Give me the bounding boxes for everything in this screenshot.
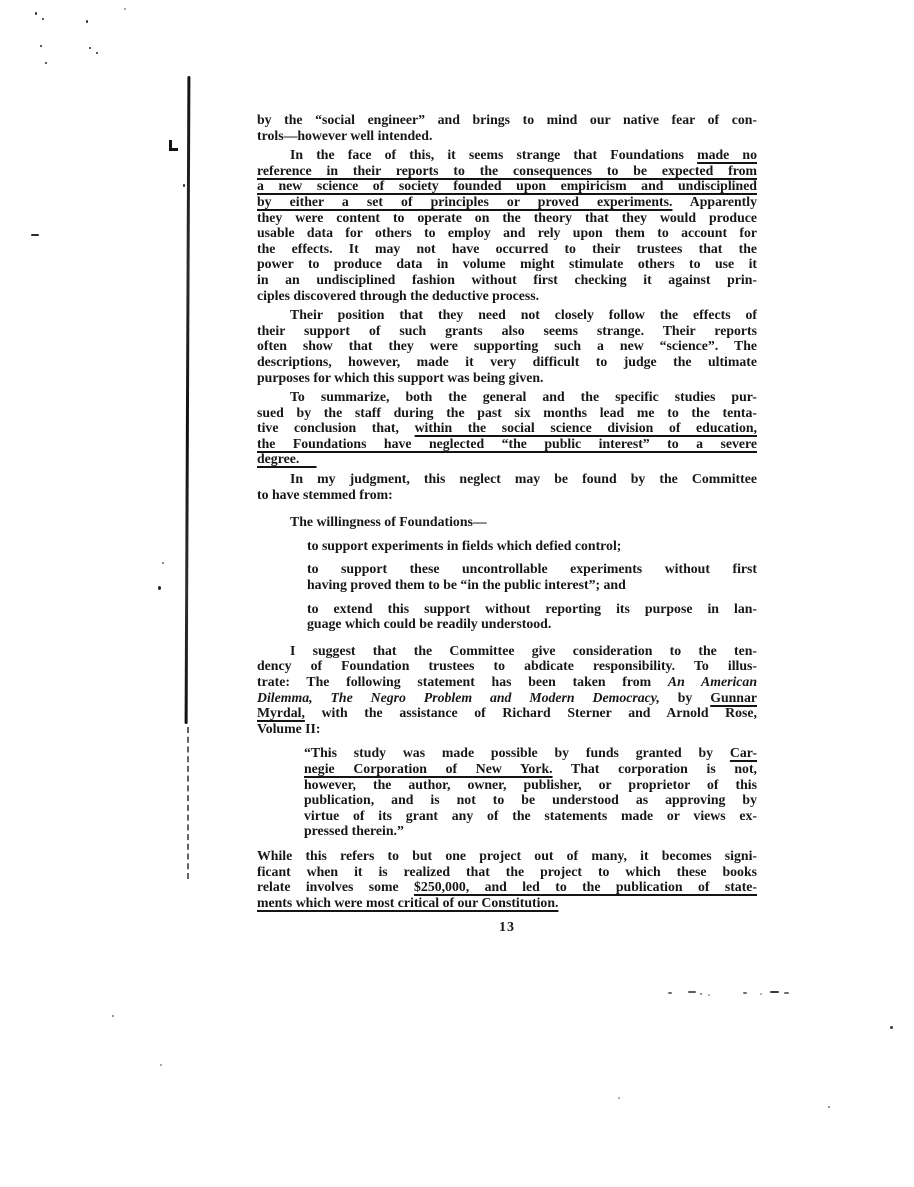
- text-line: I suggest that the Committee give consid…: [257, 643, 757, 659]
- text-line: pressed therein.”: [304, 823, 757, 839]
- text-line: descriptions, however, made it very diff…: [257, 354, 757, 370]
- underlined-text: Gunnar: [710, 690, 757, 705]
- text-segment: dency of Foundation trustees to abdicate…: [257, 658, 757, 673]
- text-segment: to have stemmed from:: [257, 487, 393, 502]
- text-segment: sued by the staff during the past six mo…: [257, 405, 757, 420]
- paragraph: In the face of this, it seems strange th…: [257, 147, 757, 303]
- paragraph: I suggest that the Committee give consid…: [257, 643, 757, 737]
- text-line: ficant when it is realized that the proj…: [257, 864, 757, 880]
- text-line: usable data for others to employ and rel…: [257, 225, 757, 241]
- underlined-text: reference in their reports to the conseq…: [257, 163, 757, 178]
- text-segment: To summarize, both the general and the s…: [290, 389, 757, 404]
- text-segment: usable data for others to employ and rel…: [257, 225, 757, 240]
- underlined-text: $250,000, and led to the publication of …: [414, 879, 757, 894]
- margin-check-mark-icon: [169, 140, 178, 151]
- scan-speck: [42, 18, 44, 20]
- text-line: guage which could be readily understood.: [307, 616, 757, 632]
- text-segment: to extend this support without reporting…: [307, 601, 757, 616]
- text-line: by the “social engineer” and brings to m…: [257, 112, 757, 128]
- text-line: degree.: [257, 451, 757, 467]
- scan-speck: [35, 12, 37, 15]
- text-line: Their position that they need not closel…: [257, 307, 757, 323]
- text-line: relate involves some $250,000, and led t…: [257, 879, 757, 895]
- paragraph: Their position that they need not closel…: [257, 307, 757, 385]
- text-column: by the “social engineer” and brings to m…: [257, 112, 757, 936]
- text-segment: ciples discovered through the deductive …: [257, 288, 539, 303]
- text-segment: trate: The following statement has been …: [257, 674, 668, 689]
- text-line: power to produce data in volume might st…: [257, 256, 757, 272]
- text-segment: virtue of its grant any of the statement…: [304, 808, 757, 823]
- underlined-text: ments which were most critical of our Co…: [257, 895, 558, 910]
- text-line: a new science of society founded upon em…: [257, 178, 757, 194]
- scan-speck: [890, 1026, 893, 1029]
- scan-speck: [124, 8, 126, 10]
- scan-dash: [31, 234, 39, 236]
- text-segment: to support these uncontrollable experime…: [307, 561, 757, 576]
- text-line: In the face of this, it seems strange th…: [257, 147, 757, 163]
- scan-speck: [160, 1064, 162, 1066]
- scan-dash: [770, 991, 779, 993]
- text-segment: however, the author, owner, publisher, o…: [304, 777, 757, 792]
- text-line: “This study was made possible by funds g…: [304, 745, 757, 761]
- underlined-text: degree.: [257, 451, 317, 466]
- text-line: Dilemma, The Negro Problem and Modern De…: [257, 690, 757, 706]
- text-segment: descriptions, however, made it very diff…: [257, 354, 757, 369]
- text-line: the effects. It may not have occurred to…: [257, 241, 757, 257]
- margin-pencil-line-icon: [185, 76, 191, 724]
- scan-speck: [96, 52, 98, 54]
- text-segment: power to produce data in volume might st…: [257, 256, 757, 271]
- text-line: ments which were most critical of our Co…: [257, 895, 757, 911]
- scan-dash: [760, 993, 762, 995]
- text-line: While this refers to but one project out…: [257, 848, 757, 864]
- text-line: they were content to operate on the theo…: [257, 210, 757, 226]
- text-segment: In my judgment, this neglect may be foun…: [290, 471, 757, 486]
- text-segment: purposes for which this support was bein…: [257, 370, 543, 385]
- scan-speck: [89, 47, 91, 49]
- document-page: by the “social engineer” and brings to m…: [0, 0, 914, 1187]
- scan-dash: [743, 992, 747, 994]
- text-line: often show that they were supporting suc…: [257, 338, 757, 354]
- text-line: to extend this support without reporting…: [307, 601, 757, 617]
- text-segment: guage which could be readily understood.: [307, 616, 551, 631]
- text-line: to support experiments in fields which d…: [307, 538, 757, 554]
- text-segment: publication, and is not to be understood…: [304, 792, 757, 807]
- text-line: publication, and is not to be understood…: [304, 792, 757, 808]
- scan-speck: [618, 1097, 620, 1099]
- text-segment: relate involves some: [257, 879, 414, 894]
- text-line: by either a set of principles or proved …: [257, 194, 757, 210]
- text-segment: in an undisciplined fashion without firs…: [257, 272, 757, 287]
- text-line: sued by the staff during the past six mo…: [257, 405, 757, 421]
- paragraph: “This study was made possible by funds g…: [257, 745, 757, 839]
- scan-dash: [700, 993, 702, 995]
- scan-speck: [45, 62, 47, 64]
- text-line: The willingness of Foundations—: [290, 514, 757, 530]
- text-line: negie Corporation of New York. That corp…: [304, 761, 757, 777]
- text-segment: Apparently: [672, 194, 757, 209]
- text-segment: ficant when it is realized that the proj…: [257, 864, 757, 879]
- text-segment: often show that they were supporting suc…: [257, 338, 757, 353]
- paragraph: to support these uncontrollable experime…: [257, 561, 757, 592]
- paragraph: To summarize, both the general and the s…: [257, 389, 757, 467]
- text-segment: In the face of this, it seems strange th…: [290, 147, 697, 162]
- text-line: To summarize, both the general and the s…: [257, 389, 757, 405]
- text-line: tive conclusion that, within the social …: [257, 420, 757, 436]
- paragraph: The willingness of Foundations—: [257, 514, 757, 530]
- text-segment: “This study was made possible by funds g…: [304, 745, 730, 760]
- underlined-text: Myrdal,: [257, 705, 305, 720]
- text-segment: tive conclusion that,: [257, 420, 415, 435]
- text-line: to have stemmed from:: [257, 487, 757, 503]
- text-segment: with the assistance of Richard Sterner a…: [305, 705, 757, 720]
- text-segment: That corporation is not,: [553, 761, 757, 776]
- text-segment: they were content to operate on the theo…: [257, 210, 757, 225]
- underlined-text: by either a set of principles or proved …: [257, 194, 672, 209]
- paragraph: to support experiments in fields which d…: [257, 538, 757, 554]
- text-segment: pressed therein.”: [304, 823, 404, 838]
- text-line: in an undisciplined fashion without firs…: [257, 272, 757, 288]
- underlined-text: made no: [697, 147, 757, 162]
- text-line: Myrdal, with the assistance of Richard S…: [257, 705, 757, 721]
- text-line: dency of Foundation trustees to abdicate…: [257, 658, 757, 674]
- text-segment: Dilemma, The Negro Problem and Modern De…: [257, 690, 660, 705]
- text-segment: An American: [668, 674, 757, 689]
- scan-dash: [708, 994, 710, 996]
- paragraph: to extend this support without reporting…: [257, 601, 757, 632]
- text-line: purposes for which this support was bein…: [257, 370, 757, 386]
- paragraph: In my judgment, this neglect may be foun…: [257, 471, 757, 502]
- underlined-text: negie Corporation of New York.: [304, 761, 553, 776]
- scan-speck: [158, 586, 161, 590]
- paragraph: While this refers to but one project out…: [257, 848, 757, 910]
- text-segment: While this refers to but one project out…: [257, 848, 757, 863]
- underlined-text: a new science of society founded upon em…: [257, 178, 757, 193]
- text-segment: to support experiments in fields which d…: [307, 538, 621, 553]
- text-line: however, the author, owner, publisher, o…: [304, 777, 757, 793]
- text-line: trols—however well intended.: [257, 128, 757, 144]
- text-segment: the effects. It may not have occurred to…: [257, 241, 757, 256]
- text-line: having proved them to be “in the public …: [307, 577, 757, 593]
- text-segment: by the “social engineer” and brings to m…: [257, 112, 757, 127]
- text-line: ciples discovered through the deductive …: [257, 288, 757, 304]
- text-segment: by: [660, 690, 710, 705]
- scan-speck: [40, 45, 42, 47]
- text-line: In my judgment, this neglect may be foun…: [257, 471, 757, 487]
- scan-speck: [86, 20, 88, 23]
- text-segment: Volume II:: [257, 721, 321, 736]
- scan-speck: [183, 184, 185, 187]
- underlined-text: within the social science division of ed…: [415, 420, 757, 435]
- margin-pencil-dashes-icon: [187, 727, 189, 879]
- text-line: reference in their reports to the conseq…: [257, 163, 757, 179]
- scan-dash: [688, 991, 696, 993]
- text-line: to support these uncontrollable experime…: [307, 561, 757, 577]
- text-line: the Foundations have neglected “the publ…: [257, 436, 757, 452]
- text-segment: trols—however well intended.: [257, 128, 432, 143]
- text-segment: Their position that they need not closel…: [290, 307, 757, 322]
- underlined-text: Car-: [730, 745, 757, 760]
- scan-speck: [112, 1015, 114, 1017]
- page-number: 13: [257, 920, 757, 936]
- scan-speck: [162, 562, 164, 564]
- text-segment: their support of such grants also seems …: [257, 323, 757, 338]
- text-line: trate: The following statement has been …: [257, 674, 757, 690]
- text-segment: The willingness of Foundations—: [290, 514, 487, 529]
- text-line: virtue of its grant any of the statement…: [304, 808, 757, 824]
- scan-dash: [668, 992, 672, 994]
- text-line: Volume II:: [257, 721, 757, 737]
- scan-dash: [784, 992, 789, 994]
- text-line: their support of such grants also seems …: [257, 323, 757, 339]
- scan-speck: [828, 1106, 830, 1108]
- text-segment: having proved them to be “in the public …: [307, 577, 626, 592]
- text-segment: I suggest that the Committee give consid…: [290, 643, 757, 658]
- paragraph: by the “social engineer” and brings to m…: [257, 112, 757, 143]
- underlined-text: the Foundations have neglected “the publ…: [257, 436, 757, 451]
